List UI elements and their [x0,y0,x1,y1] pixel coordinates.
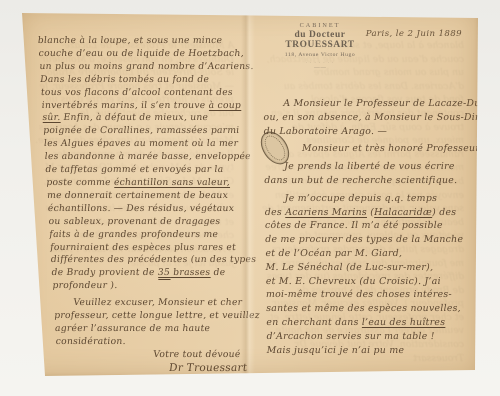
text-segment: Dr Trouessart [169,362,248,374]
text-segment: de me procurer des types de la Manche [265,234,463,245]
text-segment: Enfin, à défaut de mieux, une [60,112,208,123]
manuscript-line: et de l’Océan par M. Giard, [265,247,473,261]
text-segment: de taffetas gommé et envoyés par la [45,164,224,175]
underlined-phrase: sûr. [42,112,61,123]
text-segment: du Laboratoire Arago. — [264,126,388,137]
underlined-phrase: échantillon sans valeur, [114,177,230,188]
manuscript-line: Monsieur et très honoré Professeur, [264,142,472,156]
manuscript-line: fourniraient des espèces plus rares et [50,242,249,255]
underlined-phrase: à coup [208,100,241,111]
manuscript-line: de me procurer des types de la Manche [265,233,473,247]
text-segment: et M. E. Chevreux (du Croisic). J’ai [266,276,441,287]
manuscript-line: Mais jusqu’ici je n’ai pu me [267,344,475,358]
text-segment: des [265,207,285,218]
text-segment: et de l’Océan par M. Giard, [265,248,402,259]
manuscript-line: dans un but de recherche scientifique. [264,174,472,188]
manuscript-line: moi-même trouvé des choses intéres- [266,288,474,302]
manuscript-line: considération. [55,336,254,349]
manuscript-line: santes et même des espèces nouvelles, [266,302,474,316]
manuscript-line: ou sableux, provenant de dragages [48,216,247,229]
text-segment: couche d’eau ou de liquide de Hoetzbach, [38,48,244,59]
text-segment: invertébrés marins, il s’en trouve [41,100,209,111]
text-segment: santes et même des espèces nouvelles, [266,303,461,314]
manuscript-line: poignée de Corallines, ramassées parmi [43,125,242,138]
underlined-phrase: Acariens Marins [285,207,367,218]
manuscript-line: Je m’occupe depuis q.q. temps [265,192,473,206]
scanned-letter-photo: { "scan": { "background_color": "#f1f0ec… [0,0,500,396]
manuscript-line: en cherchant dans l’eau des huîtres [266,316,474,330]
text-segment: moi-même trouvé des choses intéres- [266,289,452,300]
text-segment: Je prends la liberté de vous écrire [284,161,455,172]
text-segment: faits à de grandes profondeurs me [49,229,218,240]
underlined-phrase: l’eau des huîtres [362,317,446,328]
manuscript-line: d’Arcachon servies sur ma table ! [266,330,474,344]
manuscript-line: des Acariens Marins (Halacaridæ) des [265,206,473,220]
text-segment: dans un but de recherche scientifique. [264,175,457,186]
text-segment: les abandonne à marée basse, enveloppée [44,151,251,162]
manuscript-line: tous vos flacons d’alcool contenant des [41,87,240,100]
text-segment: un plus ou moins grand nombre d’Acariens… [39,61,254,72]
manuscript-line: invertébrés marins, il s’en trouve à cou… [41,100,240,113]
manuscript-line: blanche à la loupe, et sous une mince [38,35,237,48]
text-segment: en cherchant dans [266,317,362,328]
manuscript-line: Votre tout dévoué [56,349,255,362]
text-segment: échantillons. — Des résidus, végétaux [48,203,235,214]
letter-paper: A Monsieur le Professeur de Lacaze-Duthi… [20,9,478,376]
text-segment: considération. [55,336,126,347]
manuscript-line: profondeur ). [52,280,251,293]
text-segment: M. Le Sénéchal (de Luc-sur-mer), [266,262,434,273]
text-segment: ou sableux, provenant de dragages [48,216,220,227]
text-segment: me donnerait certainement de beaux [47,190,229,201]
right-page-text: A Monsieur le Professeur de Lacaze-Duthi… [262,9,475,357]
manuscript-line: échantillons. — Des résidus, végétaux [48,203,247,216]
text-segment: différentes des précédentes (un des type… [51,254,257,265]
text-segment: blanche à la loupe, et sous une mince [38,35,223,46]
manuscript-line: M. Le Sénéchal (de Luc-sur-mer), [266,261,474,275]
text-segment: Mais jusqu’ici je n’ai pu me [267,345,405,356]
text-segment: professeur, cette longue lettre, et veui… [54,310,260,321]
underlined-phrase: brasses [170,267,211,278]
text-segment: ) des [432,207,456,218]
letter-page-right: blanche à la loupe, et sous une mince co… [248,9,478,376]
manuscript-line: couche d’eau ou de liquide de Hoetzbach, [38,48,237,61]
text-segment: poste comme [46,177,114,188]
manuscript-line: faits à de grandes profondeurs me [49,229,248,242]
manuscript-line: et M. E. Chevreux (du Croisic). J’ai [266,275,474,289]
text-segment: ou, en son absence, à Monsieur le Sous-D… [263,112,500,123]
text-segment: côtes de France. Il m’a été possible [265,220,443,231]
text-segment: profondeur ). [52,280,118,291]
text-segment: de [210,267,226,278]
manuscript-line: ou, en son absence, à Monsieur le Sous-D… [263,111,471,125]
manuscript-line: différentes des précédentes (un des type… [51,254,250,267]
text-segment: agréer l’assurance de ma haute [55,323,211,334]
underlined-phrase: Halacaridæ [374,207,432,218]
text-segment: Monsieur et très honoré Professeur, [302,143,482,154]
left-page-text: blanche à la loupe, et sous une mincecou… [36,9,256,379]
text-segment: Dans les débris tombés au fond de [40,74,210,85]
text-segment: Veuillez excuser, Monsieur et cher [73,297,242,308]
text-segment: Je m’occupe depuis q.q. temps [285,193,438,204]
text-segment: Votre tout dévoué [153,349,241,360]
manuscript-line: les Algues épaves au moment où la mer [44,138,243,151]
manuscript-line: sûr. Enfin, à défaut de mieux, une [42,112,241,125]
manuscript-line: professeur, cette longue lettre, et veui… [54,310,253,323]
manuscript-line: Veuillez excuser, Monsieur et cher [53,297,252,310]
text-segment: de Brady provient de [51,267,158,278]
text-segment: A Monsieur le Professeur de Lacaze-Duthi… [283,98,500,109]
manuscript-line: Dans les débris tombés au fond de [40,74,239,87]
text-segment: d’Arcachon servies sur ma table ! [266,331,434,342]
manuscript-line: agréer l’assurance de ma haute [55,323,254,336]
letter-page-left: A Monsieur le Professeur de Lacaze-Duthi… [20,9,248,376]
text-segment: les Algues épaves au moment où la mer [44,138,239,149]
manuscript-line: côtes de France. Il m’a été possible [265,219,473,233]
manuscript-line: les abandonne à marée basse, enveloppée [44,151,243,164]
text-segment: poignée de Corallines, ramassées parmi [43,125,240,136]
manuscript-line: poste comme échantillon sans valeur, [46,177,245,190]
manuscript-line: du Laboratoire Arago. — [264,125,472,139]
manuscript-line: de taffetas gommé et envoyés par la [45,164,244,177]
text-segment: tous vos flacons d’alcool contenant des [41,87,234,98]
manuscript-line: un plus ou moins grand nombre d’Acariens… [39,61,238,74]
manuscript-line: me donnerait certainement de beaux [47,190,246,203]
manuscript-line: Je prends la liberté de vous écrire [264,160,472,174]
text-segment: fourniraient des espèces plus rares et [50,242,237,253]
manuscript-line: A Monsieur le Professeur de Lacaze-Duthi… [263,97,471,111]
manuscript-line: de Brady provient de 35 brasses de [51,267,250,280]
